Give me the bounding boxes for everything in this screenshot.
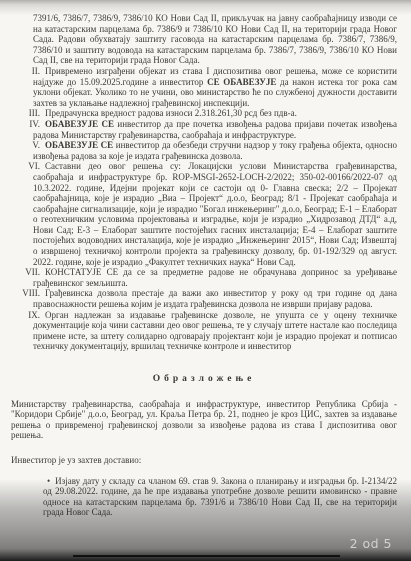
list-item: VI.Саставни део овог решења су: Локацијс… (11, 161, 397, 267)
explanation-heading: Образложење (11, 374, 397, 385)
item-number: VI. (0, 161, 40, 172)
item-number: IV. (0, 119, 40, 130)
item-text: ОБАВЕЗУЈЕ СЕ инвеститор да пре почетка и… (33, 119, 397, 140)
item-number: VIII. (0, 288, 40, 299)
list-item: 7391/6, 7386/7, 7386/9, 7386/10 КО Нови … (11, 13, 397, 66)
item-text: 7391/6, 7386/7, 7386/9, 7386/10 КО Нови … (33, 13, 397, 65)
attachment-bullet-list: •Изјаву дату у складу са чланом 69. став… (11, 476, 397, 518)
item-text: Саставни део овог решења су: Локацијски … (33, 161, 397, 266)
item-number: IX. (0, 310, 40, 321)
explanation-paragraphs: Министарству грађевинарства, саобраћаја … (11, 399, 397, 466)
list-item: IX.Орган надлежан за издавање грађевинск… (11, 310, 397, 352)
item-number: VII. (0, 267, 40, 278)
item-text: Орган надлежан за издавање грађевинске д… (33, 310, 397, 352)
page-indicator: 2 od 5 (350, 536, 392, 551)
list-item: IV.ОБАВЕЗУЈЕ СЕ инвеститор да пре почетк… (11, 119, 397, 140)
item-text: Привремено изграђени објекат из става I … (33, 66, 397, 108)
bullet-icon: • (47, 476, 50, 486)
item-text: КОНСТАТУЈЕ СЕ да се за предметне радове … (33, 267, 397, 288)
list-item: VIII.Грађевинска дозвола престаје да важ… (11, 288, 397, 309)
pdf-viewer: 7391/6, 7386/7, 7386/9, 7386/10 КО Нови … (0, 0, 411, 561)
list-item: V.ОБАВЕЗУЈЕ СЕ инвеститор да обезбеди ст… (11, 140, 397, 161)
document-page[interactable]: 7391/6, 7386/7, 7386/9, 7386/10 КО Нови … (0, 0, 411, 561)
item-number: II. (0, 66, 40, 77)
list-item: VII.КОНСТАТУЈЕ СЕ да се за предметне рад… (11, 267, 397, 288)
paragraph: Министарству грађевинарства, саобраћаја … (11, 399, 397, 441)
item-number: III. (0, 108, 40, 119)
item-number: V. (0, 140, 40, 151)
paragraph: Инвеститор је уз захтев доставио: (11, 455, 397, 466)
item-text: ОБАВЕЗУЈЕ СЕ инвеститор да обезбеди стру… (33, 140, 397, 161)
list-item: II.Привремено изграђени објекат из става… (11, 66, 397, 108)
footer-separator-line (73, 555, 340, 557)
dispositive-list: 7391/6, 7386/7, 7386/9, 7386/10 КО Нови … (11, 13, 397, 352)
item-text: Грађевинска дозвола престаје да важи ако… (33, 288, 397, 309)
list-item: III.Предрачунска вредност радова износи … (11, 108, 397, 119)
bullet-item: •Изјаву дату у складу са чланом 69. став… (11, 476, 397, 518)
bullet-text: Изјаву дату у складу са чланом 69. став … (43, 476, 397, 518)
item-text: Предрачунска вредност радова износи 2.31… (45, 108, 297, 118)
